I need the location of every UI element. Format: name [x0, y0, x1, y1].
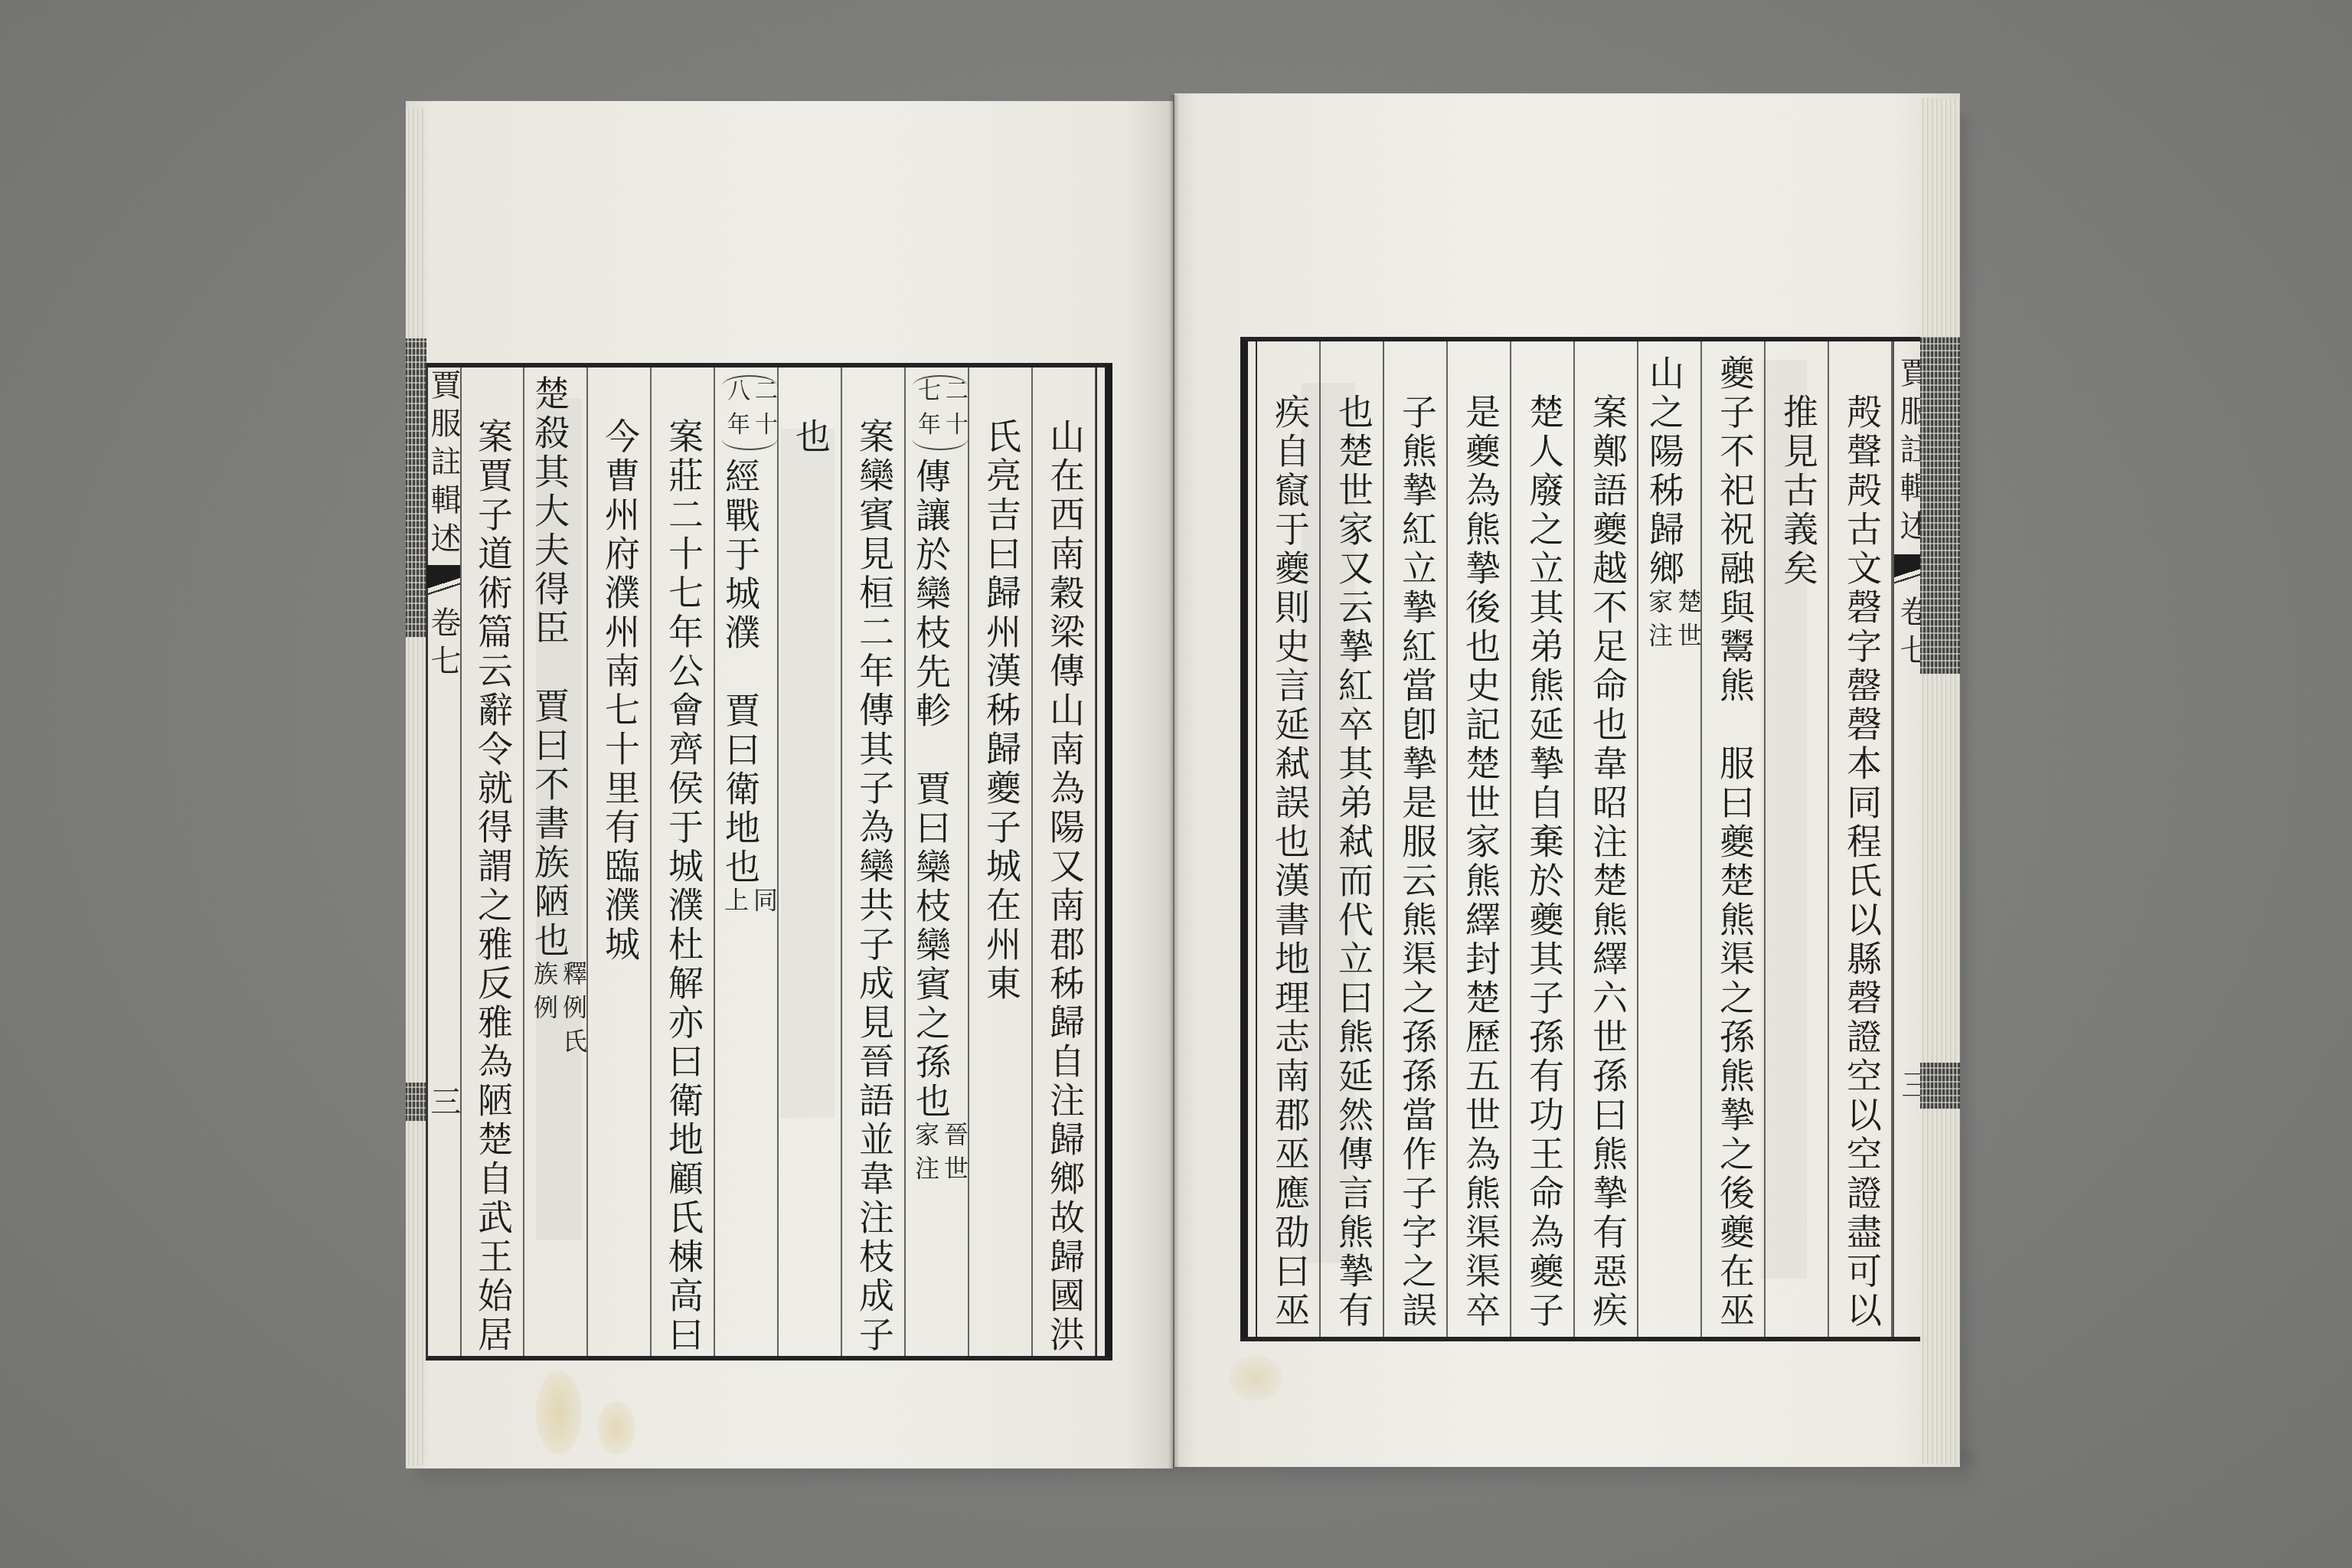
commentary-text: 氏亮吉曰歸州漢秭歸夔子城在州東 — [981, 418, 1022, 1004]
text-gap — [931, 731, 932, 770]
source-note: 同上 — [720, 887, 779, 923]
text-gap — [550, 648, 550, 688]
left-banxin-volume: 卷七 — [426, 606, 460, 683]
commentary-text: 子熊摯紅立摯紅當卽摯是服云熊渠之孫孫當作子字之誤 — [1396, 394, 1438, 1331]
text-column: 氏亮吉曰歸州漢秭歸夔子城在州東 — [969, 418, 1033, 1413]
text-column: 子熊摯紅立摯紅當卽摯是服云熊渠之孫孫當作子字之誤 — [1385, 394, 1449, 1389]
text-column: 是夔為熊摯後也史記楚世家熊繹封楚歷五世為熊渠渠卒 — [1449, 394, 1512, 1389]
text-column: 楚殺其大夫得臣賈曰不書族陋也釋例氏族例 — [524, 375, 588, 1370]
commentary-text: 楚人廢之立其弟熊延摯自棄於夔其子孫有功王命為夔子 — [1524, 394, 1565, 1331]
classic-text: 傳讓於欒枝先軫 — [910, 458, 952, 731]
commentary-text: 推見古義矣 — [1778, 394, 1819, 589]
text-column: 疾自竄于夔則史言延弒誤也漢書地理志南郡巫應劭曰巫 — [1258, 394, 1321, 1389]
year-annotation: 二十八年 — [722, 375, 777, 450]
edge-printed-marks — [406, 338, 426, 637]
text-gap — [740, 653, 741, 692]
text-column: 推見古義矣 — [1766, 394, 1830, 1389]
text-column: 山在西南穀梁傳山南為陽又南郡秭歸自注歸鄉故歸國洪 — [1033, 418, 1096, 1413]
commentary-text: 賈曰不書族陋也 — [529, 688, 570, 961]
commentary-text: 山在西南穀梁傳山南為陽又南郡秭歸自注歸鄉故歸國洪 — [1044, 418, 1086, 1355]
source-note: 楚世家注 — [1645, 589, 1703, 658]
commentary-text: 殸聲殸古文磬字罄磬本同程氏以縣磬證空以空證盡可以 — [1841, 394, 1883, 1331]
commentary-text: 賈曰欒枝欒賓之孫也 — [910, 770, 952, 1122]
classic-text: 楚殺其大夫得臣 — [529, 375, 570, 648]
left-banxin-title: 賈服註輯述 — [426, 369, 460, 560]
commentary-text: 是夔為熊摯後也史記楚世家熊繹封楚歷五世為熊渠渠卒 — [1460, 394, 1501, 1331]
text-column: 也 — [779, 418, 842, 1413]
text-column: 二十七年傳讓於欒枝先軫賈曰欒枝欒賓之孫也晉世家注 — [906, 375, 969, 1370]
commentary-text: 賈曰衛地也 — [720, 692, 761, 887]
paper-stain — [536, 1370, 582, 1455]
commentary-text: 服曰夔楚熊渠之孫熊摯之後夔在巫 — [1714, 745, 1756, 1331]
left-banxin-leaf-number: 三 — [426, 1086, 460, 1124]
text-column: 案賈子道術篇云辭令就得謂之雅反雅為陋楚自武王始居 — [461, 418, 524, 1413]
text-column: 山之陽秭歸鄉楚世家注 — [1639, 354, 1703, 1350]
text-column: 今曹州府濮州南七十里有臨濮城 — [588, 418, 652, 1413]
text-column: 案鄭語夔越不足命也韋昭注楚熊繹六世孫曰熊摯有惡疾 — [1576, 394, 1639, 1389]
edge-printed-marks — [1920, 1063, 1960, 1109]
commentary-text: 案莊二十七年公會齊侯于城濮杜解亦曰衛地顧氏棟高曰 — [663, 418, 704, 1355]
right-page-edges — [1920, 98, 1960, 1464]
commentary-text: 山之陽秭歸鄉 — [1644, 354, 1685, 589]
source-note: 晉世家注 — [911, 1122, 969, 1191]
text-column: 楚人廢之立其弟熊延摯自棄於夔其子孫有功王命為夔子 — [1512, 394, 1576, 1389]
year-annotation: 二十七年 — [913, 375, 968, 450]
text-column: 案莊二十七年公會齊侯于城濮杜解亦曰衛地顧氏棟高曰 — [652, 418, 715, 1413]
commentary-text: 案鄭語夔越不足命也韋昭注楚熊繹六世孫曰熊摯有惡疾 — [1587, 394, 1628, 1331]
commentary-text: 疾自竄于夔則史言延弒誤也漢書地理志南郡巫應劭曰巫 — [1269, 394, 1311, 1331]
text-column: 二十八年經戰于城濮賈曰衛地也同上 — [715, 375, 779, 1370]
commentary-text: 案欒賓見桓二年傳其子為欒共子成見晉語並韋注枝成子 — [854, 418, 895, 1355]
commentary-text: 案賈子道術篇云辭令就得謂之雅反雅為陋楚自武王始居 — [472, 418, 514, 1355]
edge-printed-marks — [1920, 337, 1960, 674]
classic-text: 夔子不祀祝融與鬻熊 — [1714, 354, 1756, 706]
text-column: 案欒賓見桓二年傳其子為欒共子成見晉語並韋注枝成子 — [842, 418, 906, 1413]
left-page-edges — [406, 109, 426, 1465]
commentary-text: 今曹州府濮州南七十里有臨濮城 — [599, 418, 641, 965]
commentary-text: 也楚世家又云摯紅卒其弟弒而代立曰熊延然傳言熊摯有 — [1333, 394, 1374, 1331]
classic-text: 經戰于城濮 — [720, 458, 761, 653]
text-column: 夔子不祀祝融與鬻熊服曰夔楚熊渠之孫熊摯之後夔在巫 — [1703, 354, 1766, 1350]
commentary-text: 也 — [790, 418, 831, 457]
text-column: 也楚世家又云摯紅卒其弟弒而代立曰熊延然傳言熊摯有 — [1321, 394, 1385, 1389]
source-note: 釋例氏族例 — [530, 961, 588, 1063]
edge-printed-marks — [406, 1083, 426, 1121]
text-column: 殸聲殸古文磬字罄磬本同程氏以縣磬證空以空證盡可以 — [1830, 394, 1893, 1389]
book-gutter — [1168, 95, 1179, 1468]
text-gap — [1735, 706, 1736, 745]
left-fish-tail-mark — [426, 565, 460, 602]
